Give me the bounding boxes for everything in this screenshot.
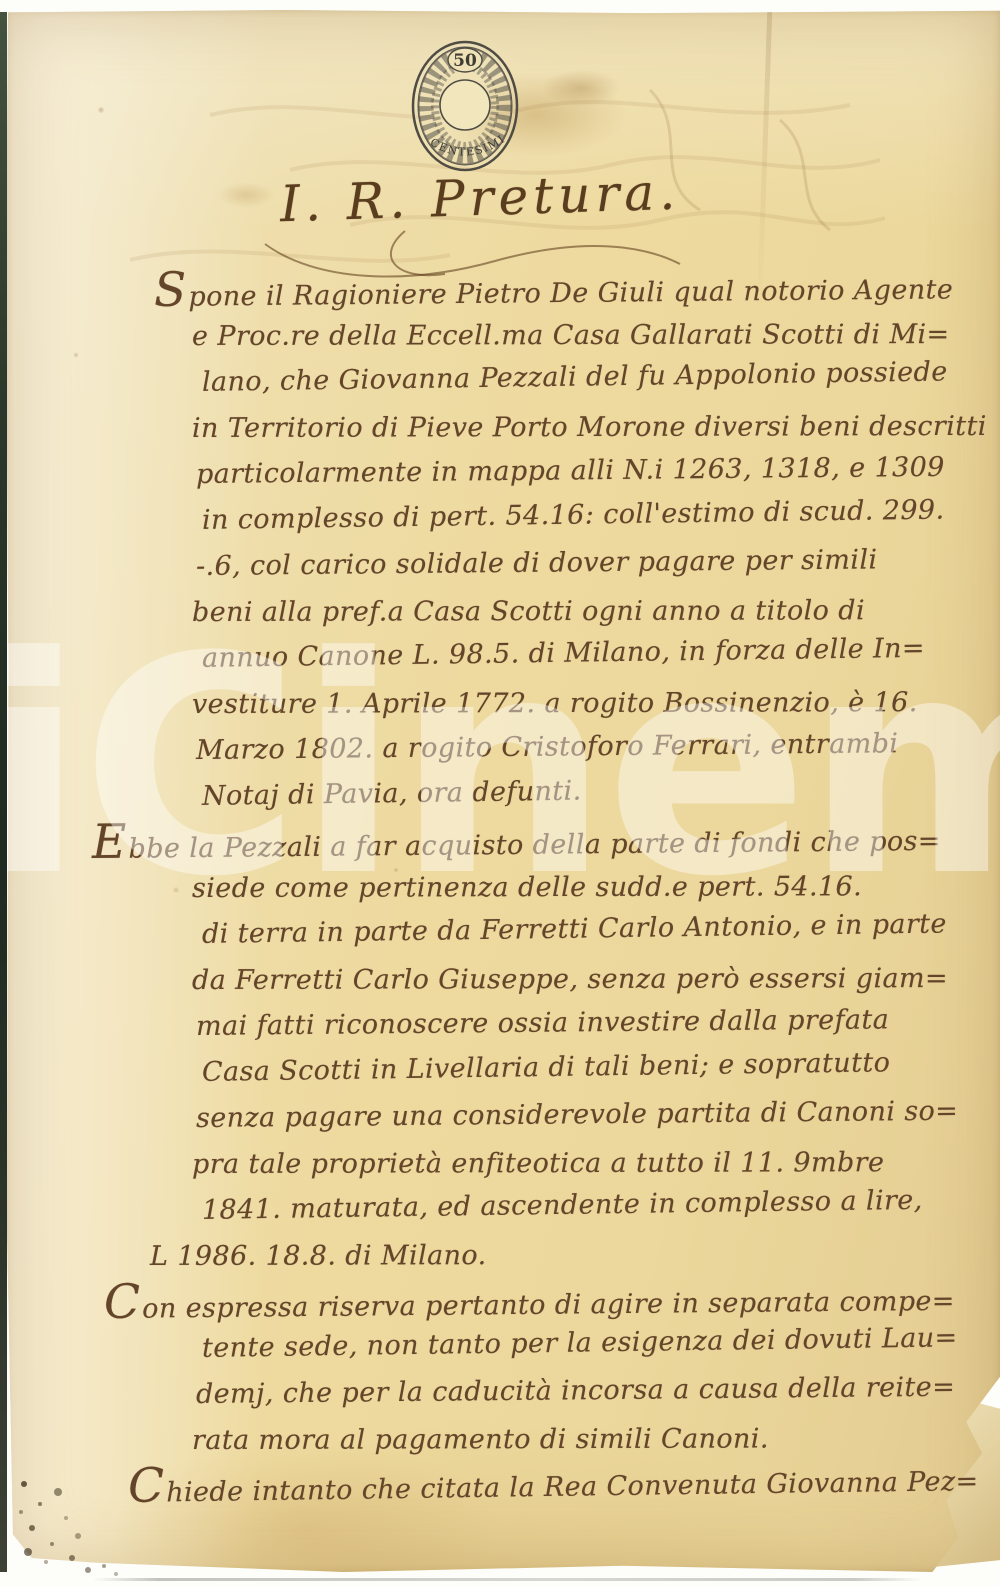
scanned-manuscript-page: 50 CENTESIMI I. R. Pretura. Spone il Rag… bbox=[0, 0, 1000, 1586]
ink-spatter bbox=[14, 1470, 18, 1474]
manuscript-line: -.6, col carico solidale di dover pagare… bbox=[196, 536, 1000, 590]
manuscript-line: senza pagare una considerevole partita d… bbox=[196, 1088, 1000, 1142]
revenue-stamp: 50 CENTESIMI bbox=[410, 38, 520, 174]
stamp-value: 50 bbox=[453, 51, 477, 71]
manuscript-line: Spone il Ragioniere Pietro De Giuli qual… bbox=[154, 260, 1000, 314]
scan-bottom-mark bbox=[92, 1578, 922, 1581]
stamp-blank-center bbox=[440, 80, 490, 130]
manuscript-line: demj, che per la caducità incorsa a caus… bbox=[196, 1364, 1000, 1418]
manuscript-body: Spone il Ragioniere Pietro De Giuli qual… bbox=[0, 268, 1000, 1510]
manuscript-line: Ebbe la Pezzali a far acquisto della par… bbox=[92, 811, 1000, 866]
